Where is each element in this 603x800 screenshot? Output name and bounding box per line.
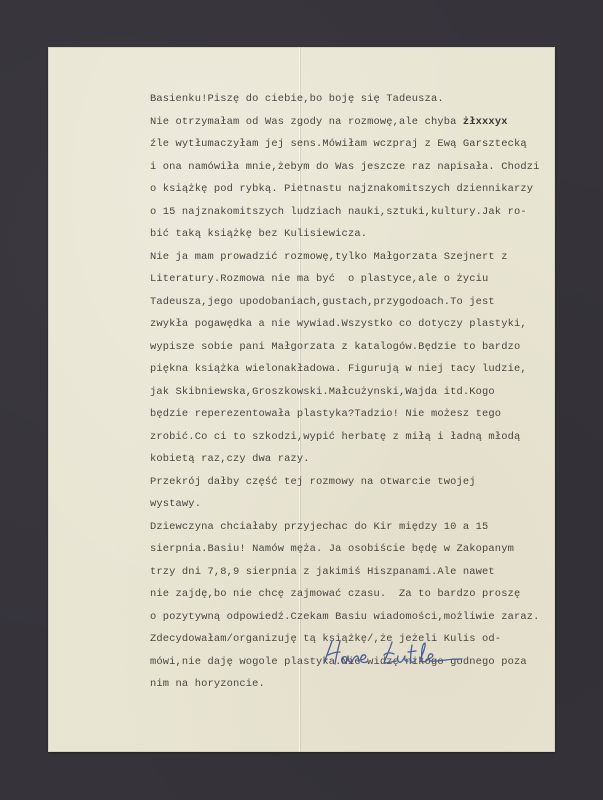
letter-line: zwykła pogawędka a nie wywiad.Wszystko c… [150, 313, 550, 336]
letter-line: będzie reperezentowała plastyka?Tadzio! … [150, 403, 550, 426]
letter-line: jak Skibniewska,Groszkowski.Małcużynski,… [150, 381, 550, 404]
letter-line: Literatury.Rozmowa nie ma być o plastyce… [150, 268, 550, 291]
letter-line: i ona namówiła mnie,żebym do Was jeszcze… [150, 156, 550, 179]
letter-line: Tadeusza,jego upodobaniach,gustach,przyg… [150, 291, 550, 314]
letter-line: Nie ja mam prowadzić rozmowę,tylko Małgo… [150, 246, 550, 269]
letter-line: nie zajdę,bo nie chcę zajmować czasu. Za… [150, 583, 550, 606]
letter-line: trzy dni 7,8,9 sierpnia z jakimiś Hiszpa… [150, 561, 550, 584]
letter-line-text: Nie otrzymałam od Was zgody na rozmowę,a… [150, 116, 463, 128]
letter-body: Basienku!Piszę do ciebie,bo boję się Tad… [150, 88, 550, 696]
letter-line: zrobić.Co ci to szkodzi,wypić herbatę z … [150, 426, 550, 449]
letter-line: piękna książka wielonakładowa. Figurują … [150, 358, 550, 381]
letter-line: o książkę pod rybką. Pietnastu najznakom… [150, 178, 550, 201]
signature-scribble-icon [320, 633, 470, 673]
letter-line: Basienku!Piszę do ciebie,bo boję się Tad… [150, 88, 550, 111]
letter-line: o 15 najznakomitszych ludziach nauki,szt… [150, 201, 550, 224]
letter-line: o pozytywną odpowiedź.Czekam Basiu wiado… [150, 606, 550, 629]
letter-line: sierpnia.Basiu! Namów męża. Ja osobiście… [150, 538, 550, 561]
letter-line: nim na horyzoncie. [150, 673, 550, 696]
struck-out-text: żłxxxyx [463, 116, 508, 128]
letter-line: Przekrój dałby część tej rozmowy na otwa… [150, 471, 550, 494]
letter-line: kobietą raz,czy dwa razy. [150, 448, 550, 471]
letter-line: bić taką książkę bez Kulisiewicza. [150, 223, 550, 246]
handwritten-signature: Hana Lutle [320, 633, 470, 673]
letter-page: Basienku!Piszę do ciebie,bo boję się Tad… [48, 47, 555, 752]
letter-line: wypisze sobie pani Małgorzata z katalogó… [150, 336, 550, 359]
letter-line: Dziewczyna chciałaby przyjechac do Kir m… [150, 516, 550, 539]
letter-line: wystawy. [150, 493, 550, 516]
letter-line: Nie otrzymałam od Was zgody na rozmowę,a… [150, 111, 550, 134]
letter-line: źle wytłumaczyłam jej sens.Mówiłam wczpr… [150, 133, 550, 156]
